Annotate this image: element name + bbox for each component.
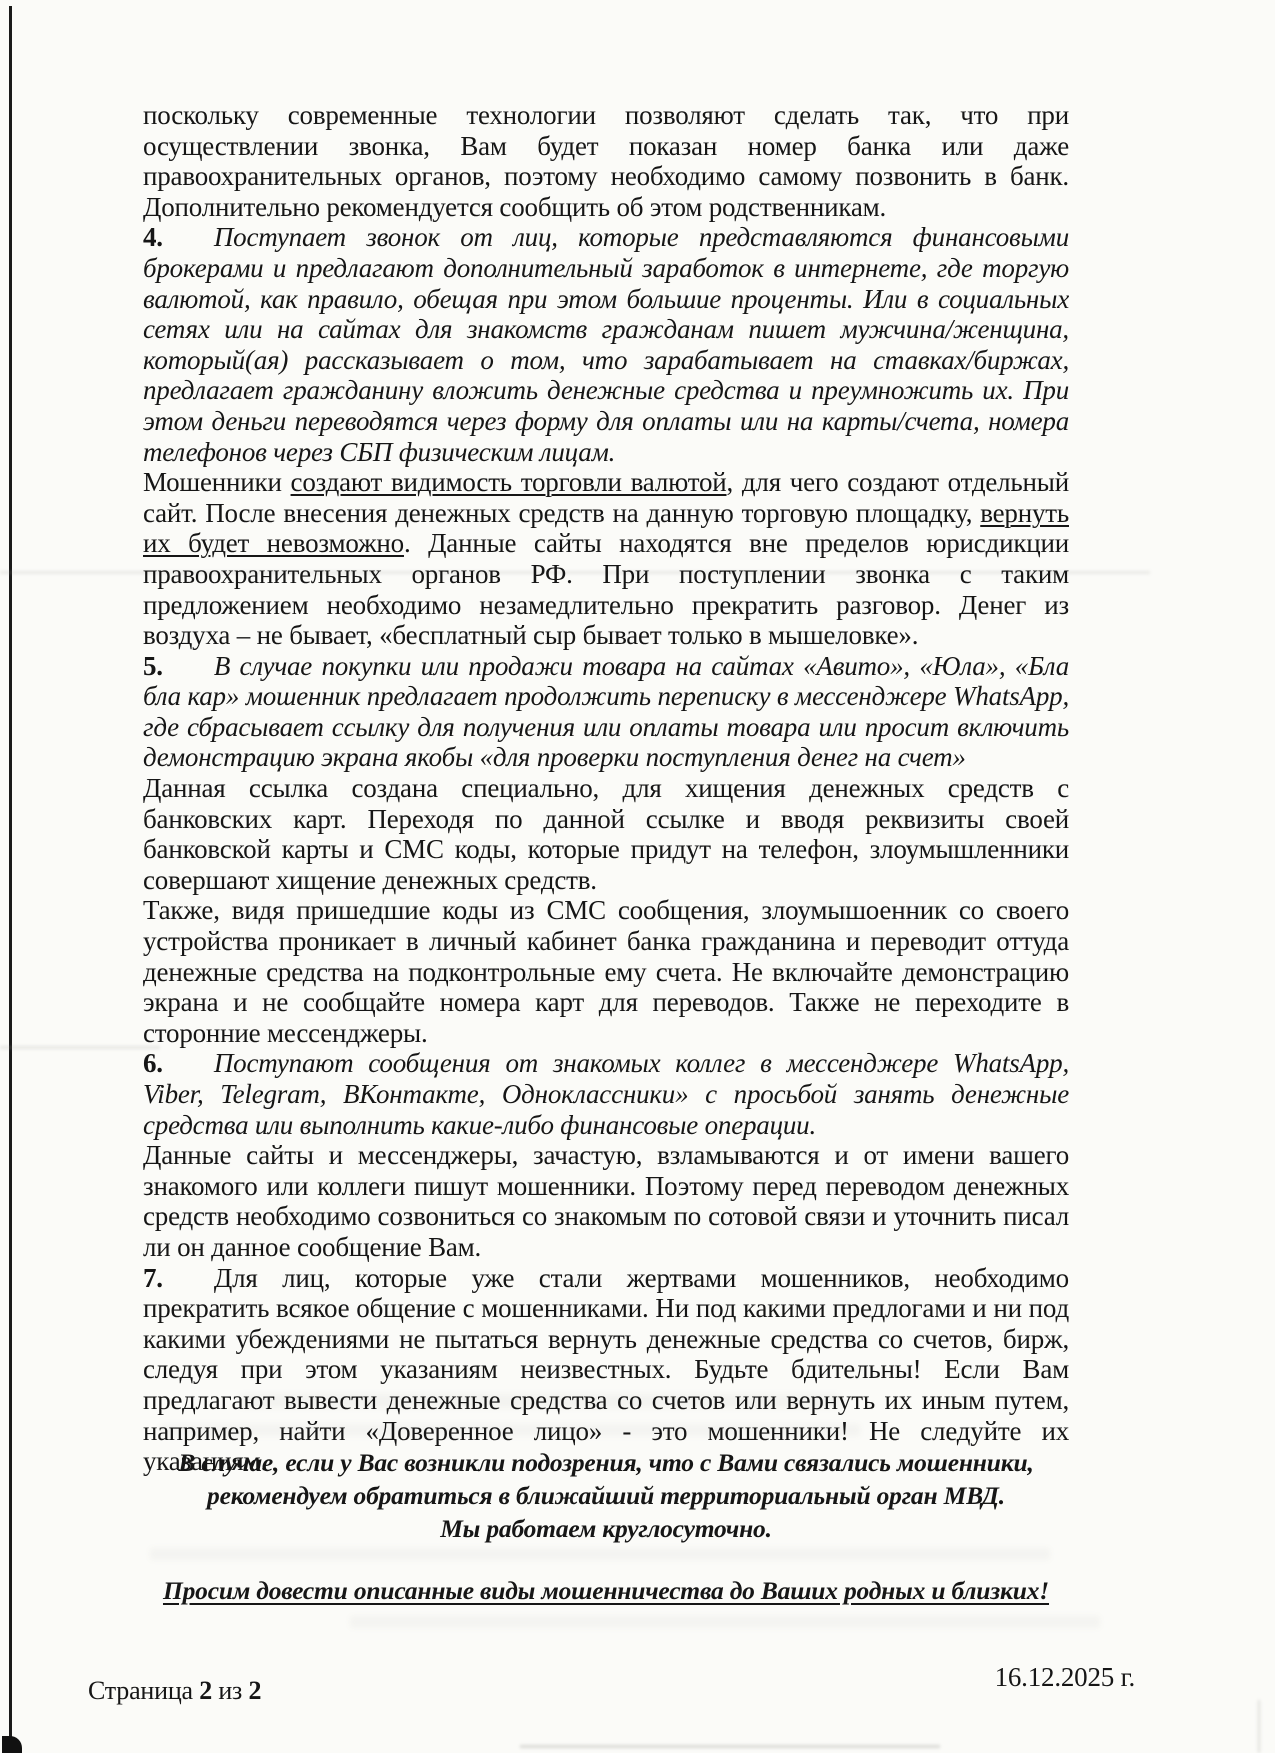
document-date: 16.12.2025 г. xyxy=(995,1662,1135,1693)
text-segment: Поступают сообщения от знакомых коллег в… xyxy=(143,1048,1069,1139)
mvd-notice: В случае, если у Вас возникли подозрения… xyxy=(143,1446,1069,1545)
text-segment: поскольку современные технологии позволя… xyxy=(143,100,1069,222)
scan-streak xyxy=(0,1046,160,1049)
paragraph-item-6: 6.Поступают сообщения от знакомых коллег… xyxy=(143,1048,1069,1140)
appeal-line: Просим довести описанные виды мошенничес… xyxy=(143,1576,1069,1606)
list-number: 7. xyxy=(143,1263,163,1293)
paragraph-phishing-link: Данная ссылка создана специально, для хи… xyxy=(143,773,1069,895)
scan-edge-artifact xyxy=(2,1736,22,1753)
notice-line: В случае, если у Вас возникли подозрения… xyxy=(143,1446,1069,1479)
paragraph-sms-codes: Также, видя пришедшие коды из СМС сообще… xyxy=(143,895,1069,1048)
text-segment: В случае покупки или продажи товара на с… xyxy=(143,651,1069,773)
document-body: поскольку современные технологии позволя… xyxy=(143,100,1069,1477)
list-number: 5. xyxy=(143,651,163,681)
paragraph-item-7: 7.Для лиц, которые уже стали жертвами мо… xyxy=(143,1263,1069,1477)
paragraph-item-5: 5.В случае покупки или продажи товара на… xyxy=(143,651,1069,773)
appeal-text: Просим довести описанные виды мошенничес… xyxy=(163,1576,1049,1605)
page-word: Страница xyxy=(88,1676,193,1705)
text-segment: Для лиц, которые уже стали жертвами моше… xyxy=(143,1263,1069,1477)
underlined-text: создают видимость торговли валютой xyxy=(291,467,727,497)
bleed-through-ghost xyxy=(350,1616,1100,1628)
list-number: 6. xyxy=(143,1048,163,1078)
paragraph-continuation: поскольку современные технологии позволя… xyxy=(143,100,1069,222)
bleed-through-ghost xyxy=(150,1548,1050,1560)
page-number-label: Страница 2 из 2 xyxy=(88,1676,261,1706)
list-number: 4. xyxy=(143,222,163,252)
page-total: 2 xyxy=(248,1676,261,1705)
scan-streak xyxy=(1258,1700,1260,1753)
page-current: 2 xyxy=(199,1676,212,1705)
text-segment: Данные сайты и мессенджеры, зачастую, вз… xyxy=(143,1140,1069,1262)
of-word: из xyxy=(218,1676,242,1705)
notice-line: рекомендуем обратиться в ближайший терри… xyxy=(143,1479,1069,1512)
scanned-document-page: поскольку современные технологии позволя… xyxy=(0,0,1275,1753)
notice-line: Мы работаем круглосуточно. xyxy=(143,1512,1069,1545)
text-segment: Данная ссылка создана специально, для хи… xyxy=(143,773,1069,895)
scan-edge-line xyxy=(9,6,12,1746)
scan-streak xyxy=(520,1745,940,1748)
paragraph-item-4: 4.Поступает звонок от лиц, которые предс… xyxy=(143,222,1069,467)
paragraph-hacked-accounts: Данные сайты и мессенджеры, зачастую, вз… xyxy=(143,1140,1069,1262)
text-segment: Также, видя пришедшие коды из СМС сообще… xyxy=(143,895,1069,1047)
text-segment: Мошенники xyxy=(143,467,291,497)
paragraph-fake-trading: Мошенники создают видимость торговли вал… xyxy=(143,467,1069,651)
text-segment: Поступает звонок от лиц, которые предста… xyxy=(143,222,1069,466)
